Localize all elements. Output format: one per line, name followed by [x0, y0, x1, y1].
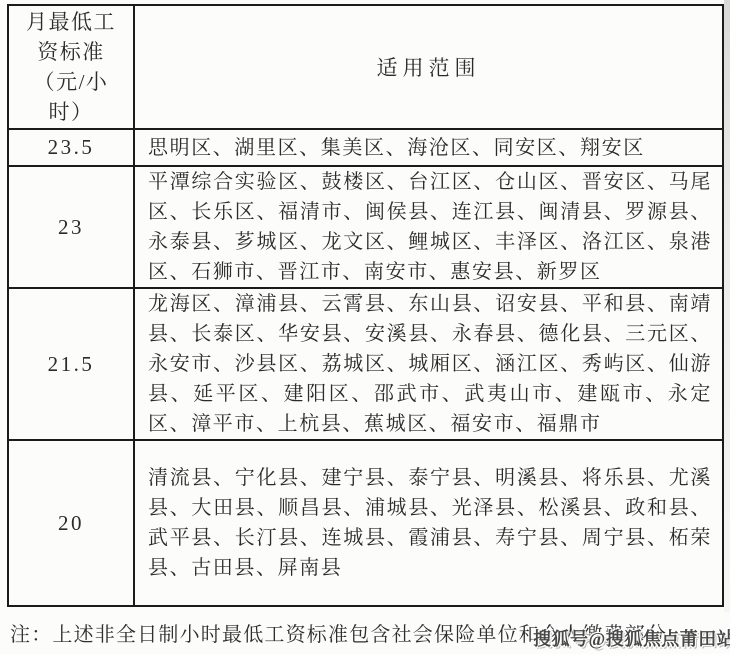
regions-cell: 平潭综合实验区、鼓楼区、台江区、仓山区、晋安区、马尾区、长乐区、福清市、闽侯县、… — [134, 166, 723, 288]
table-row: 21.5 龙海区、漳浦县、云霄县、东山县、诏安县、平和县、南靖县、长泰区、华安县… — [8, 288, 723, 440]
rate-cell: 23.5 — [8, 129, 134, 166]
scan-edge-artifact — [724, 0, 730, 612]
rate-cell: 21.5 — [8, 288, 134, 440]
table-row: 23 平潭综合实验区、鼓楼区、台江区、仓山区、晋安区、马尾区、长乐区、福清市、闽… — [8, 166, 723, 288]
regions-cell: 思明区、湖里区、集美区、海沧区、同安区、翔安区 — [134, 129, 723, 166]
regions-cell: 龙海区、漳浦县、云霄县、东山县、诏安县、平和县、南靖县、长泰区、华安县、安溪县、… — [134, 288, 723, 440]
minimum-wage-table: 月最低工资标准（元/小时） 适用范围 23.5 思明区、湖里区、集美区、海沧区、… — [7, 4, 724, 607]
table-row: 20 清流县、宁化县、建宁县、泰宁县、明溪县、将乐县、尤溪县、大田县、顺昌县、浦… — [8, 440, 723, 606]
header-cell-scope: 适用范围 — [134, 5, 723, 129]
page: { "table": { "header": { "rate_label": "… — [0, 0, 730, 654]
rate-cell: 23 — [8, 166, 134, 288]
regions-cell: 清流县、宁化县、建宁县、泰宁县、明溪县、将乐县、尤溪县、大田县、顺昌县、浦城县、… — [134, 440, 723, 606]
rate-cell: 20 — [8, 440, 134, 606]
watermark-text: 搜狐号@搜狐焦点莆田站 — [533, 625, 730, 651]
table-header-row: 月最低工资标准（元/小时） 适用范围 — [8, 5, 723, 129]
header-cell-rate: 月最低工资标准（元/小时） — [8, 5, 134, 129]
table-row: 23.5 思明区、湖里区、集美区、海沧区、同安区、翔安区 — [8, 129, 723, 166]
